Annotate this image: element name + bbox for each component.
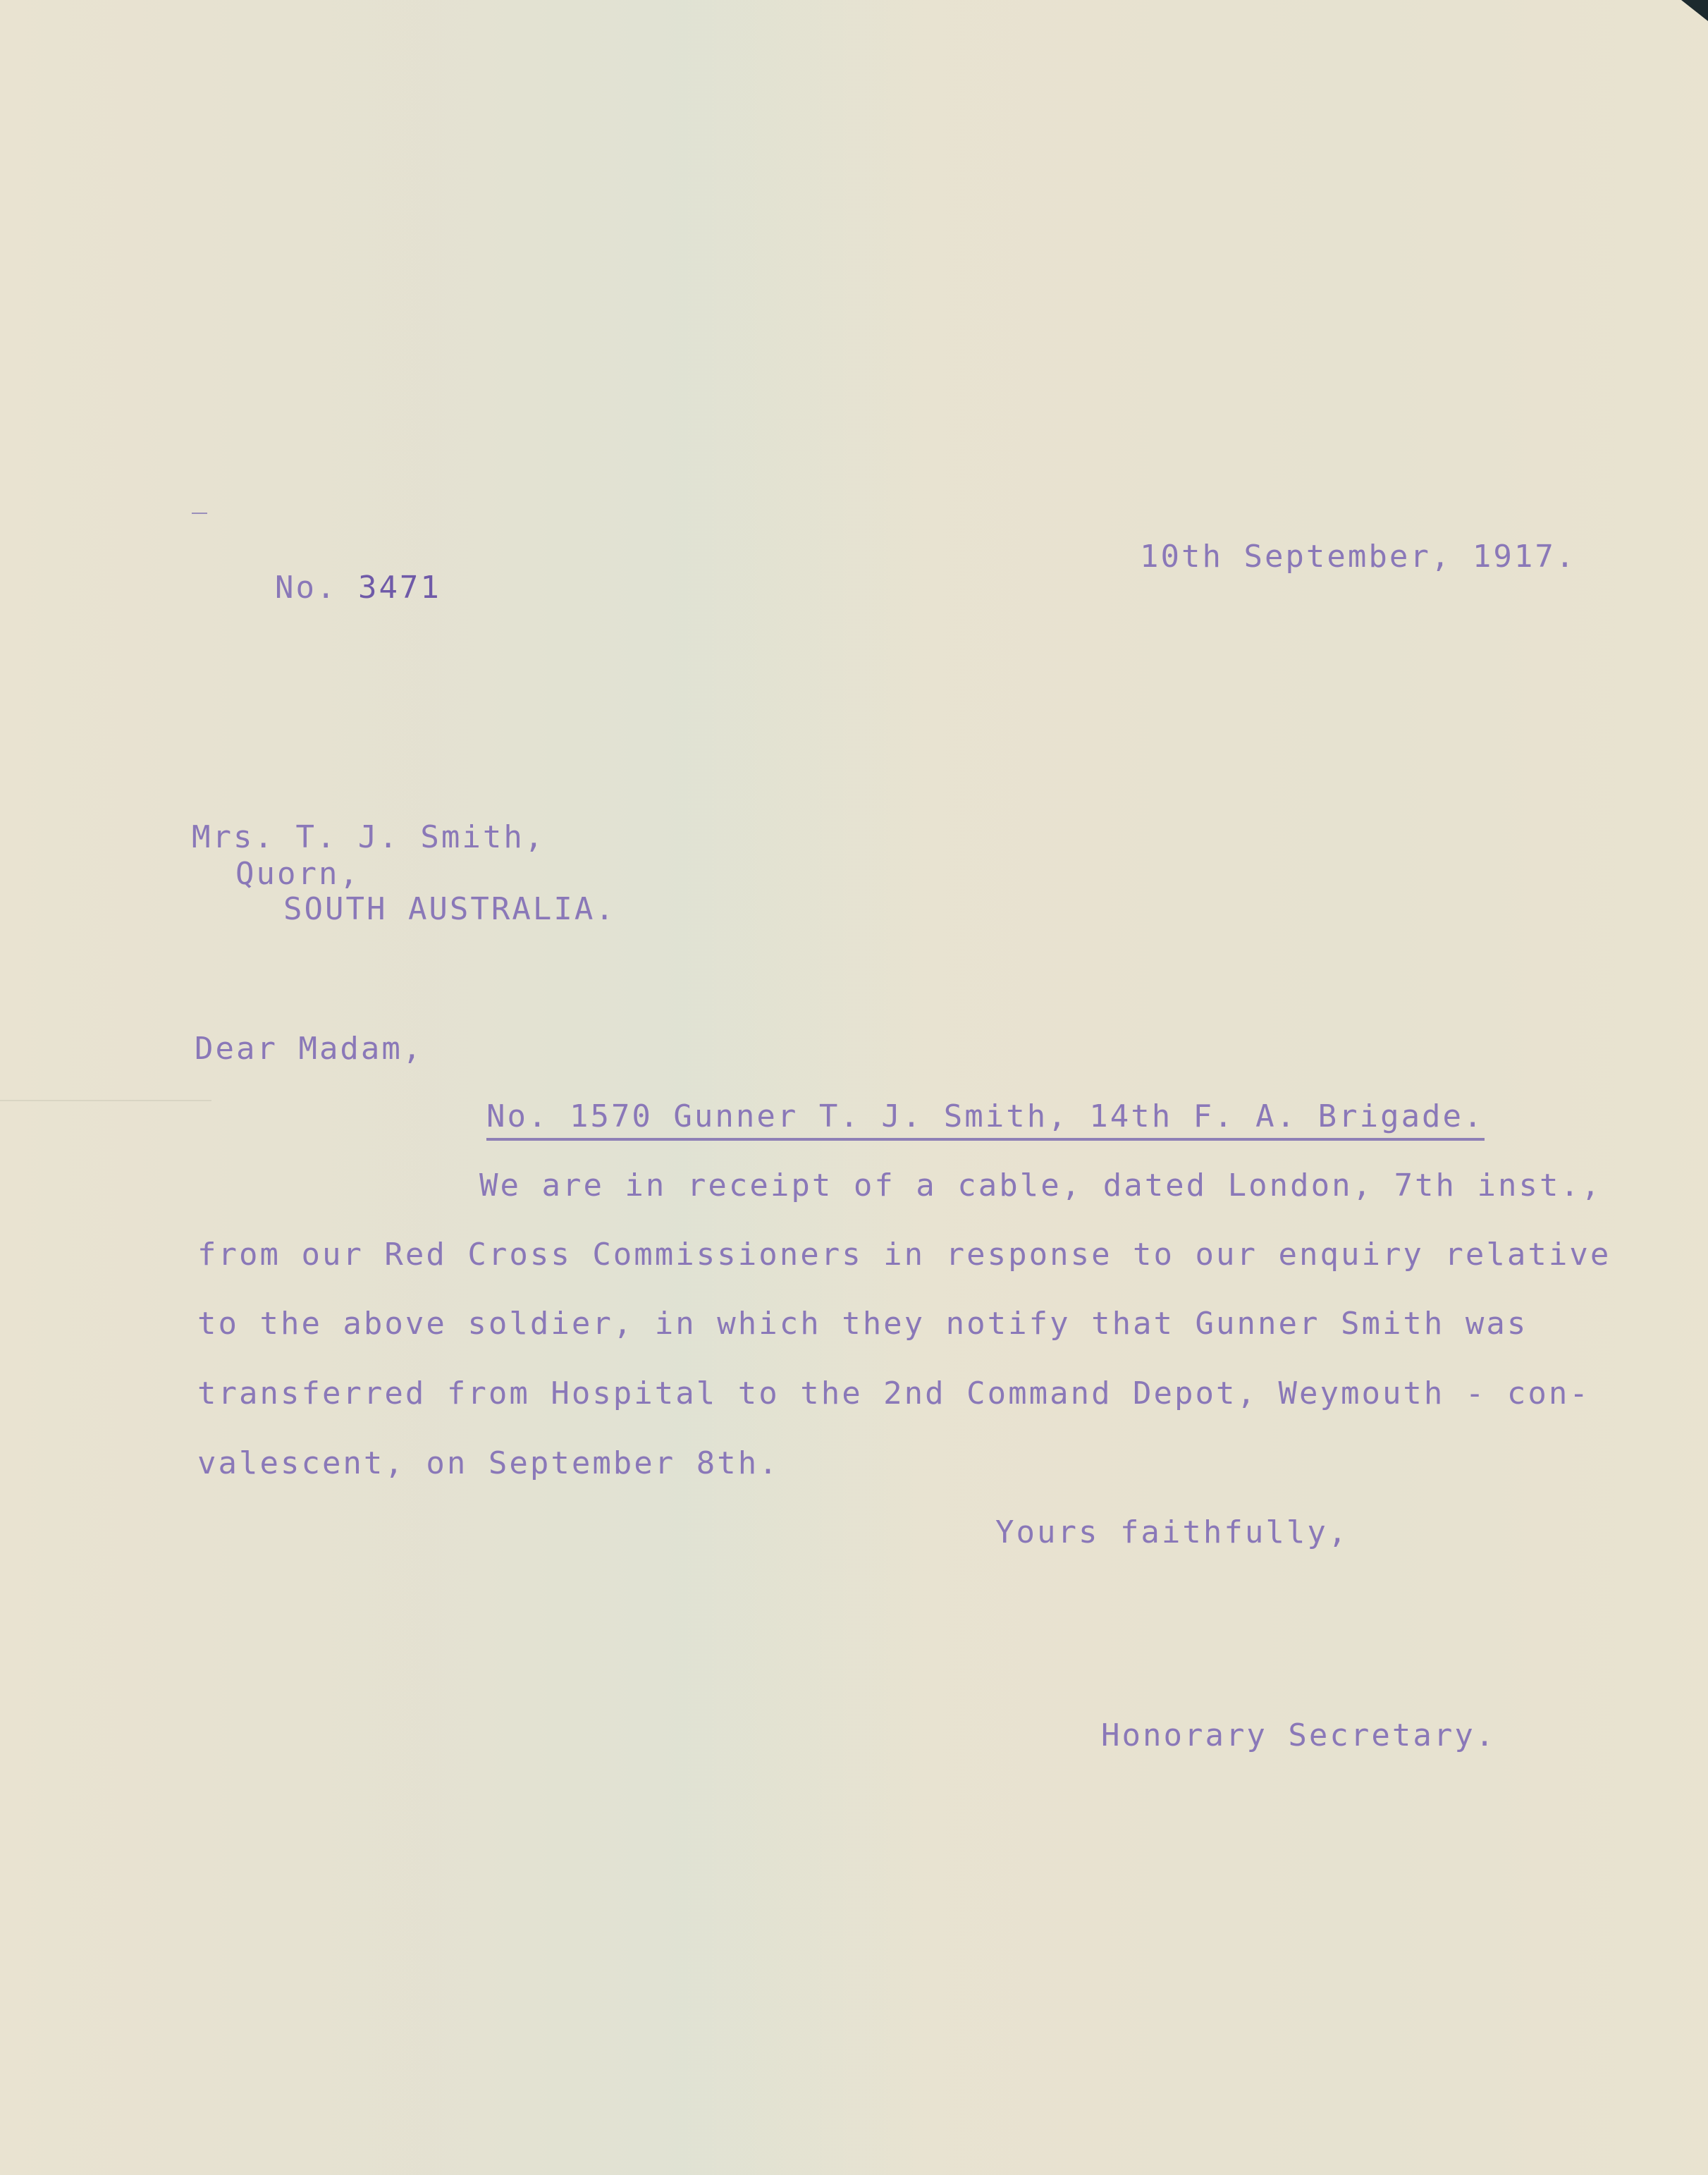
recipient-name: Mrs. T. J. Smith, — [192, 822, 545, 853]
paper-fold-mark — [0, 1100, 211, 1101]
recipient-town: Quorn, — [235, 859, 360, 890]
reference-label: No. — [275, 570, 337, 606]
margin-mark — [192, 513, 207, 514]
subject-line: No. 1570 Gunner T. J. Smith, 14th F. A. … — [486, 1101, 1485, 1141]
body-line-3: to the above soldier, in which they noti… — [197, 1309, 1528, 1340]
reference-number: No. 3471 — [192, 541, 441, 635]
body-line-2: from our Red Cross Commissioners in resp… — [197, 1239, 1611, 1270]
body-line-1: We are in receipt of a cable, dated Lond… — [479, 1170, 1602, 1201]
body-line-5: valescent, on September 8th. — [197, 1448, 780, 1479]
body-line-4: transferred from Hospital to the 2nd Com… — [197, 1378, 1590, 1409]
letter-page: No. 3471 10th September, 1917. Mrs. T. J… — [0, 0, 1708, 2175]
signature-title: Honorary Secretary. — [1101, 1720, 1496, 1751]
reference-value: 3471 — [358, 570, 441, 606]
letter-date: 10th September, 1917. — [1140, 541, 1576, 572]
recipient-state: SOUTH AUSTRALIA. — [283, 894, 616, 925]
salutation: Dear Madam, — [195, 1034, 423, 1065]
closing: Yours faithfully, — [995, 1517, 1348, 1548]
